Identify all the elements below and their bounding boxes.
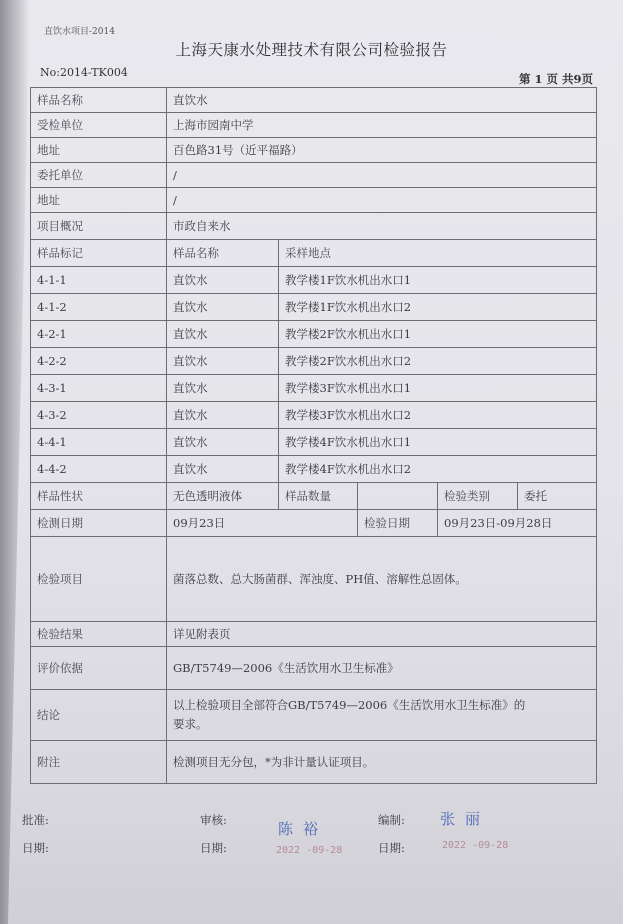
sampling-location: 教学楼2F饮水机出水口1: [279, 321, 597, 348]
sample-row: 4-3-1 直饮水 教学楼3F饮水机出水口1: [31, 375, 597, 402]
project-label: 直饮水项目-2014: [44, 24, 115, 37]
quantity-label: 样品数量: [279, 483, 358, 510]
conclusion-line-1: 以上检验项目全部符合GB/T5749—2006《生活饮用水卫生标准》的: [173, 698, 525, 712]
date-row: 检测日期 09月23日 检验日期 09月23日-09月28日: [31, 510, 597, 537]
compiler-signature: 张丽: [440, 808, 490, 829]
test-items-row: 检验项目 菌落总数、总大肠菌群、浑浊度、PH值、溶解性总固体。: [31, 537, 597, 622]
page-indicator: 第 1 页 共9页: [519, 71, 593, 87]
info-row: 项目概况 市政自来水: [31, 213, 597, 240]
sampling-location: 教学楼2F饮水机出水口2: [279, 348, 597, 375]
sample-name: 直饮水: [167, 375, 279, 402]
test-items-label: 检验项目: [31, 537, 167, 622]
column-header-sample-mark: 样品标记: [31, 240, 167, 267]
sample-mark: 4-3-2: [31, 402, 167, 429]
sample-row: 4-4-2 直饮水 教学楼4F饮水机出水口2: [31, 456, 597, 483]
info-value: 直饮水: [167, 88, 597, 113]
info-label: 样品名称: [31, 88, 167, 113]
test-result-label: 检验结果: [31, 622, 167, 647]
quantity-value: [358, 483, 438, 510]
conclusion-line-2: 要求。: [173, 717, 208, 731]
info-value: 市政自来水: [167, 213, 597, 240]
sampling-location: 教学楼4F饮水机出水口1: [279, 429, 597, 456]
sample-mark: 4-4-2: [31, 456, 167, 483]
category-value: 委托: [518, 483, 597, 510]
sampling-location: 教学楼3F饮水机出水口1: [279, 375, 597, 402]
sample-name: 直饮水: [167, 456, 279, 483]
sample-mark: 4-1-2: [31, 294, 167, 321]
compile-date-stamp: 2022 -09-28: [442, 840, 508, 851]
basis-value: GB/T5749—2006《生活饮用水卫生标准》: [167, 647, 597, 690]
column-header-sample-name: 样品名称: [167, 240, 279, 267]
sample-row: 4-4-1 直饮水 教学楼4F饮水机出水口1: [31, 429, 597, 456]
sampling-location: 教学楼1F饮水机出水口1: [279, 267, 597, 294]
column-header-sampling-location: 采样地点: [279, 240, 597, 267]
note-value: 检测项目无分包，*为非计量认证项目。: [167, 741, 597, 784]
sample-row: 4-1-1 直饮水 教学楼1F饮水机出水口1: [31, 267, 597, 294]
approve-date-label: 日期:: [22, 840, 49, 856]
test-date-value: 09月23日: [167, 510, 358, 537]
sample-row: 4-3-2 直饮水 教学楼3F饮水机出水口2: [31, 402, 597, 429]
sample-name: 直饮水: [167, 429, 279, 456]
info-row: 地址 百色路31号（近平福路）: [31, 138, 597, 163]
info-label: 受检单位: [31, 113, 167, 138]
inspection-date-value: 09月23日-09月28日: [438, 510, 597, 537]
sample-header-row: 样品标记 样品名称 采样地点: [31, 240, 597, 267]
sample-row: 4-2-1 直饮水 教学楼2F饮水机出水口1: [31, 321, 597, 348]
info-value: /: [167, 188, 597, 213]
basis-row: 评价依据 GB/T5749—2006《生活饮用水卫生标准》: [31, 647, 597, 690]
sampling-location: 教学楼1F饮水机出水口2: [279, 294, 597, 321]
info-value: 上海市园南中学: [167, 113, 597, 138]
review-label: 审核:: [200, 812, 227, 828]
sample-row: 4-2-2 直饮水 教学楼2F饮水机出水口2: [31, 348, 597, 375]
appearance-row: 样品性状 无色透明液体 样品数量 检验类别 委托: [31, 483, 597, 510]
sample-mark: 4-1-1: [31, 267, 167, 294]
sample-name: 直饮水: [167, 267, 279, 294]
review-date-stamp: 2022 -09-28: [276, 845, 342, 856]
sample-name: 直饮水: [167, 321, 279, 348]
category-label: 检验类别: [438, 483, 518, 510]
report-title: 上海天康水处理技术有限公司检验报告: [0, 38, 623, 60]
info-row: 地址 /: [31, 188, 597, 213]
sample-mark: 4-4-1: [31, 429, 167, 456]
report-table: 样品名称 直饮水 受检单位 上海市园南中学 地址 百色路31号（近平福路） 委托…: [30, 87, 597, 784]
note-label: 附注: [31, 741, 167, 784]
appearance-label: 样品性状: [31, 483, 167, 510]
appearance-value: 无色透明液体: [167, 483, 279, 510]
test-date-label: 检测日期: [31, 510, 167, 537]
info-row: 样品名称 直饮水: [31, 88, 597, 113]
compile-date-label: 日期:: [378, 840, 405, 856]
test-result-row: 检验结果 详见附表页: [31, 622, 597, 647]
info-label: 项目概况: [31, 213, 167, 240]
info-row: 委托单位 /: [31, 163, 597, 188]
test-items-value: 菌落总数、总大肠菌群、浑浊度、PH值、溶解性总固体。: [167, 537, 597, 622]
info-label: 地址: [31, 188, 167, 213]
sample-mark: 4-3-1: [31, 375, 167, 402]
approve-label: 批准:: [22, 812, 49, 828]
note-row: 附注 检测项目无分包，*为非计量认证项目。: [31, 741, 597, 784]
basis-label: 评价依据: [31, 647, 167, 690]
conclusion-value: 以上检验项目全部符合GB/T5749—2006《生活饮用水卫生标准》的要求。: [167, 690, 597, 741]
sampling-location: 教学楼3F饮水机出水口2: [279, 402, 597, 429]
report-page: 直饮水项目-2014 上海天康水处理技术有限公司检验报告 No:2014-TK0…: [0, 0, 623, 924]
sample-mark: 4-2-1: [31, 321, 167, 348]
sample-mark: 4-2-2: [31, 348, 167, 375]
info-label: 委托单位: [31, 163, 167, 188]
sampling-location: 教学楼4F饮水机出水口2: [279, 456, 597, 483]
sample-row: 4-1-2 直饮水 教学楼1F饮水机出水口2: [31, 294, 597, 321]
reviewer-signature: 陈裕: [278, 818, 328, 839]
sample-name: 直饮水: [167, 402, 279, 429]
test-result-value: 详见附表页: [167, 622, 597, 647]
compile-label: 编制:: [378, 812, 405, 828]
sample-name: 直饮水: [167, 294, 279, 321]
review-date-label: 日期:: [200, 840, 227, 856]
info-value: 百色路31号（近平福路）: [167, 138, 597, 163]
report-number: No:2014-TK004: [40, 66, 128, 79]
info-row: 受检单位 上海市园南中学: [31, 113, 597, 138]
info-label: 地址: [31, 138, 167, 163]
info-value: /: [167, 163, 597, 188]
conclusion-label: 结论: [31, 690, 167, 741]
conclusion-row: 结论 以上检验项目全部符合GB/T5749—2006《生活饮用水卫生标准》的要求…: [31, 690, 597, 741]
sample-name: 直饮水: [167, 348, 279, 375]
inspection-date-label: 检验日期: [358, 510, 438, 537]
